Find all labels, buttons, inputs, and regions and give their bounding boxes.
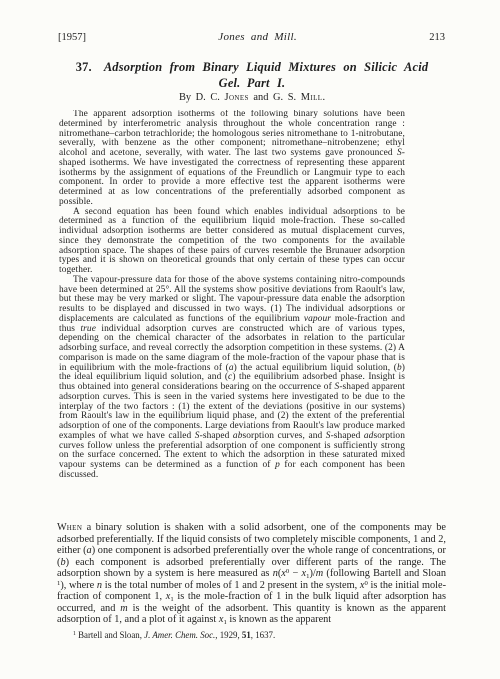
running-title: Jones and Mill. [218,31,297,43]
text-run: Mill [301,92,323,103]
text-run: sorption curves, and [243,431,326,441]
text-run: is known as the apparent [227,614,331,625]
byline: By D. C. Jones and G. S. Mill. [56,92,448,103]
text-run: 1 [223,619,226,626]
text-run: W [57,522,67,533]
text-run: By D. C. [179,92,225,103]
page-number: 213 [429,32,445,43]
text-run: − [289,568,301,579]
abstract-paragraph-1: The apparent adsorption isotherms of the… [59,110,405,208]
text-run: Jones [225,92,249,103]
text-run: m [120,603,127,614]
text-run: vapour [304,314,331,324]
text-run: 0 [364,580,367,587]
text-run: 1 [73,631,76,637]
article-title-line-2: Gel. Part I. [56,76,448,92]
text-run: , 1929, [215,630,242,640]
abstract-paragraph-2: A second equation has been found which e… [59,208,405,276]
text-run: 1 [306,573,309,580]
text-run: ab [233,431,243,441]
text-run: 0 [286,568,289,575]
main-text: When a binary solution is shaken with a … [57,522,446,626]
running-head: [1957] Jones and Mill. 213 [58,31,445,43]
article-number: 37. [76,60,92,74]
abstract-paragraph-3: The vapour-pressure data for those of th… [59,276,405,481]
body-paragraph-1: When a binary solution is shaken with a … [57,522,446,626]
text-run: is the total number of moles of 1 and 2 … [102,580,360,591]
footnote: 1 Bartell and Sloan, J. Amer. Chem. Soc.… [73,630,446,640]
text-run: (following Bartell and Sloan [323,568,446,579]
text-run: ), where [60,580,97,591]
text-run: The apparent adsorption isotherms of the… [59,110,405,158]
text-run: 51 [242,630,251,640]
scanned-paper-page: [1957] Jones and Mill. 213 37.Adsorption… [0,0,500,679]
text-run: -shaped [200,431,233,441]
text-run: . [322,92,325,103]
text-run: Bartell and Sloan, [76,630,144,640]
text-run: hen [67,522,83,533]
text-run: true [80,324,96,334]
journal-year: [1957] [58,32,86,43]
text-run: , 1637. [251,630,275,640]
text-run: A second equation has been found which e… [59,207,405,276]
article-title-text: Adsorption from Binary Liquid Mixtures o… [104,60,428,74]
abstract: The apparent adsorption isotherms of the… [59,110,405,481]
text-run: -shaped isotherms. We have investigated … [59,148,405,207]
text-run: ) the actual equilibrium liquid solution… [234,363,397,373]
text-run: -shaped [331,431,364,441]
text-run: J. Amer. Chem. Soc. [144,630,215,640]
text-run: 1 [57,580,60,587]
text-run: and G. S. [249,92,301,103]
text-run: 1 [170,596,173,603]
article-title-line-1: 37.Adsorption from Binary Liquid Mixture… [56,60,448,76]
article-title: 37.Adsorption from Binary Liquid Mixture… [56,60,448,91]
